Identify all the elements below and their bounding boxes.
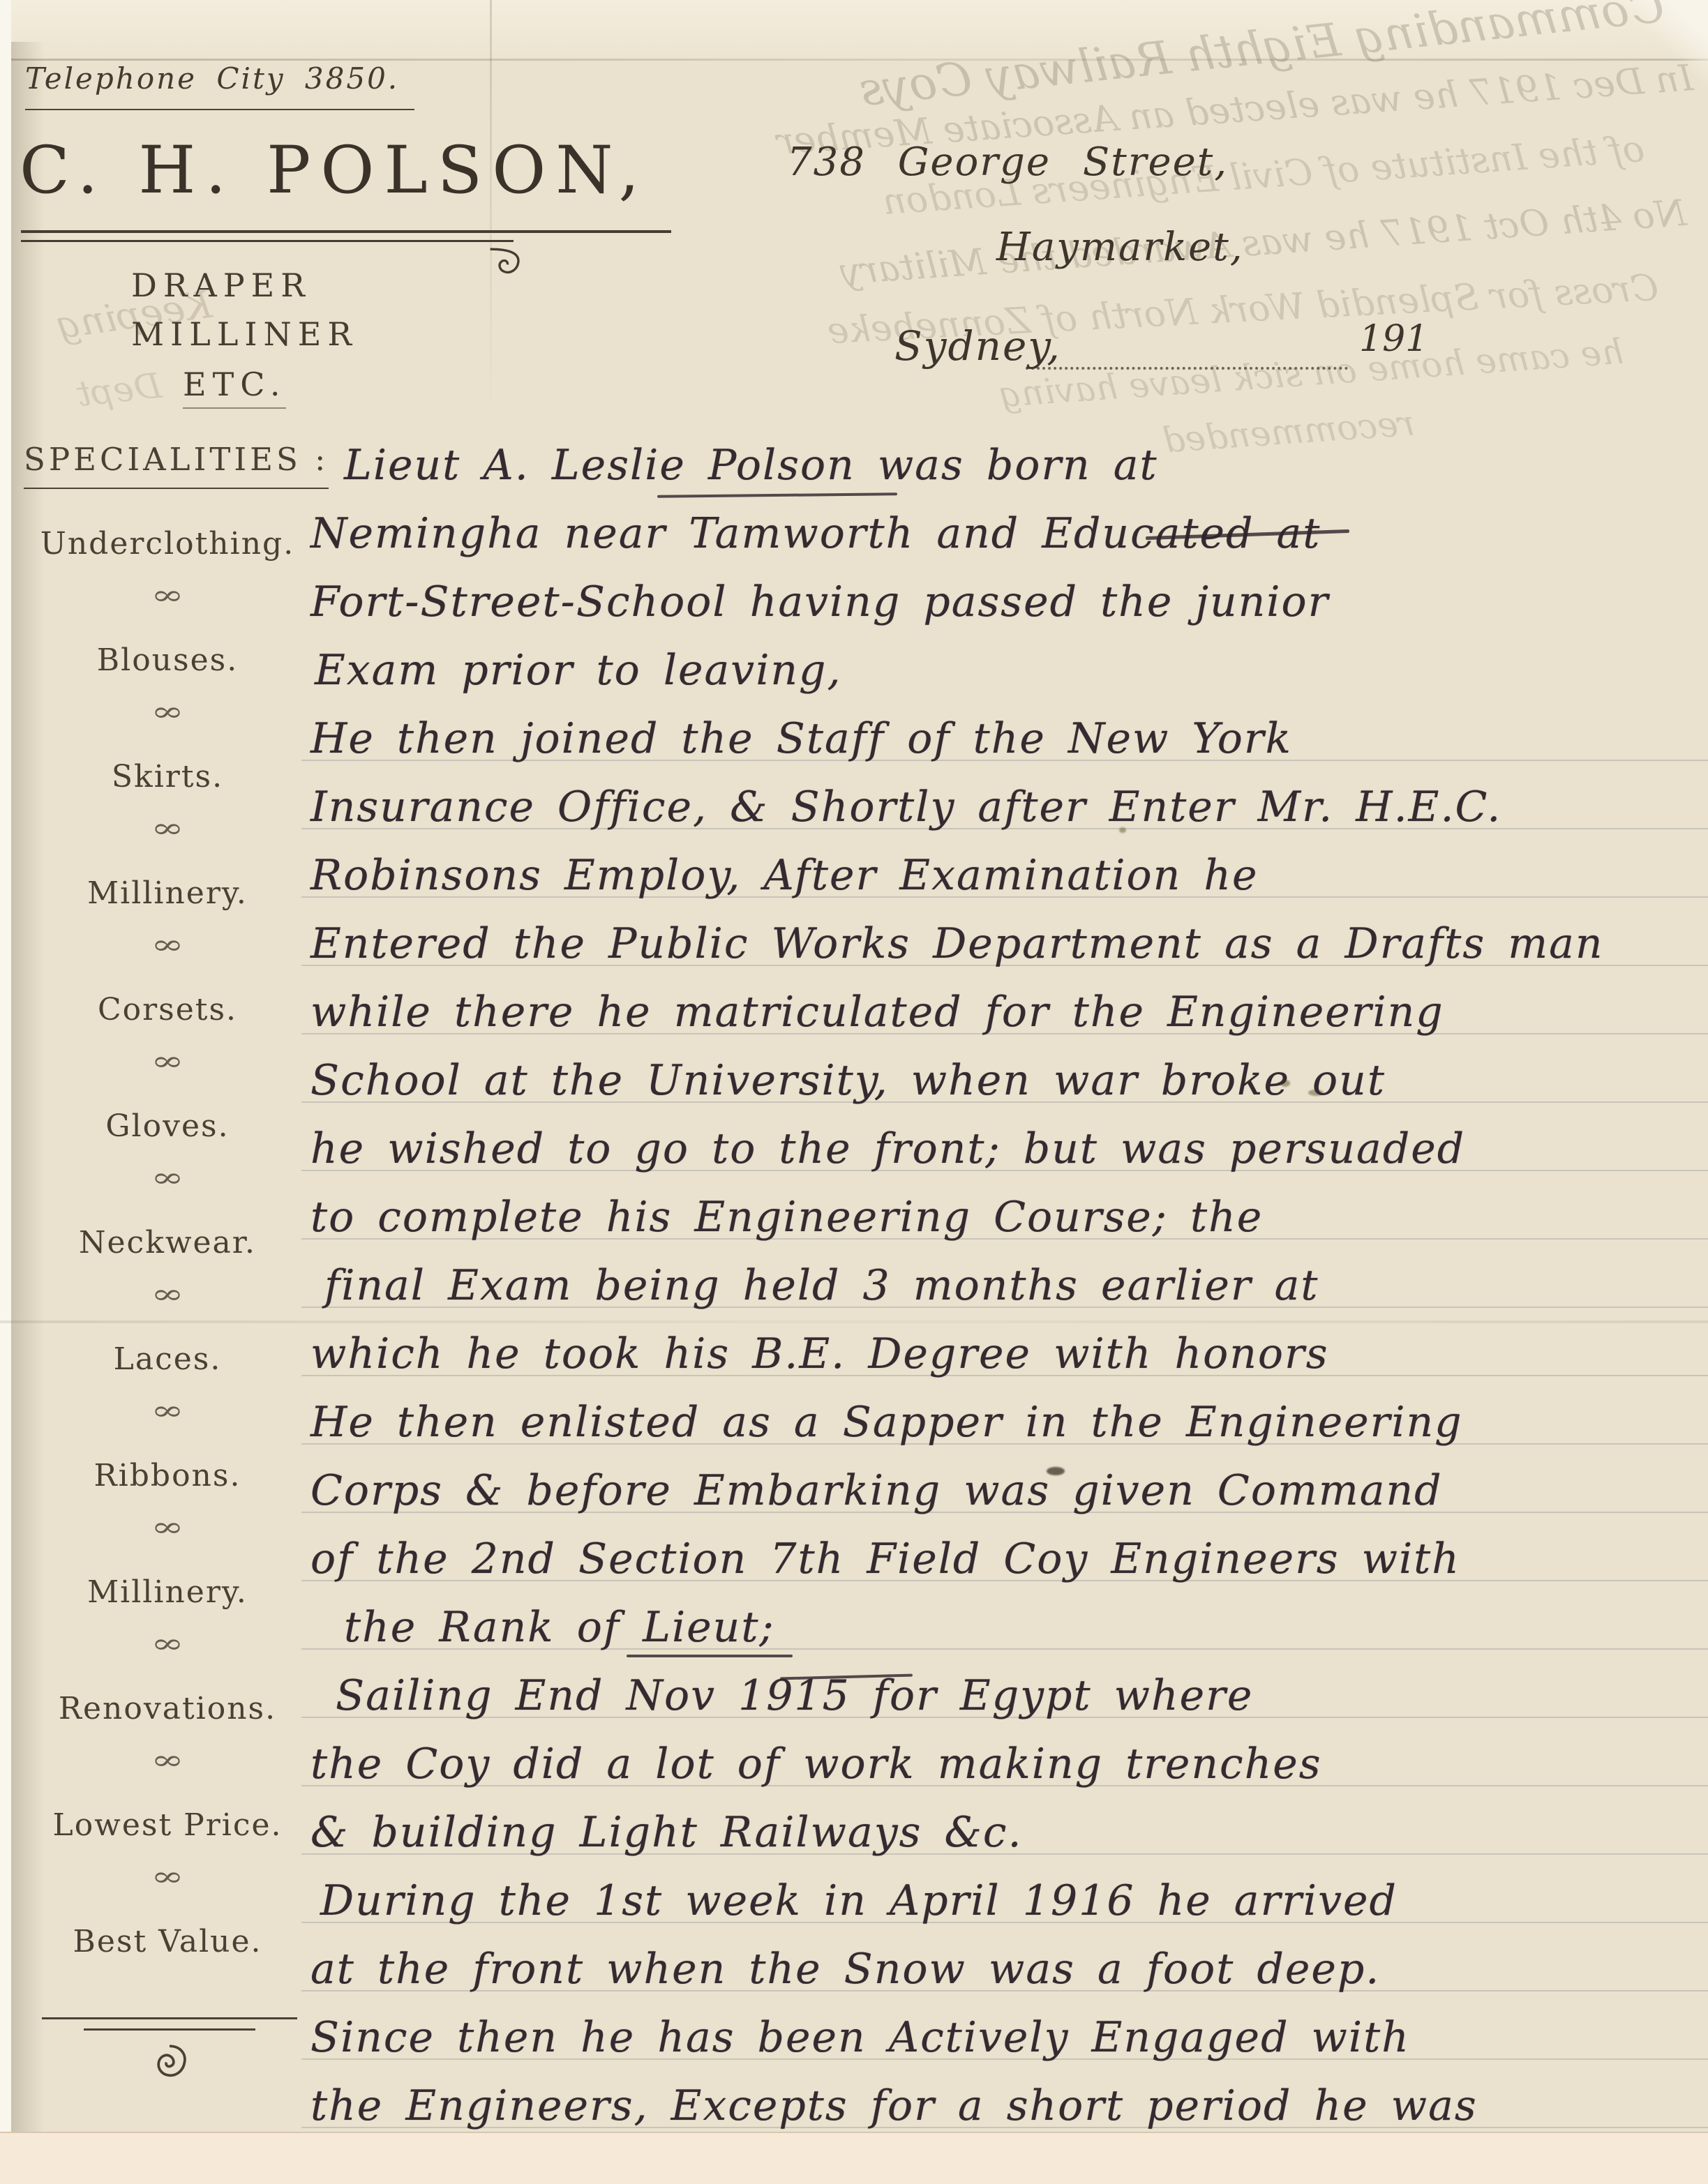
speciality-item: Blouses. ∞ bbox=[28, 634, 307, 751]
handwritten-line: Fort-Street-School having passed the jun… bbox=[310, 568, 1708, 636]
flourish-curl-icon bbox=[488, 246, 525, 282]
speciality-item: Underclothing. ∞ bbox=[28, 518, 307, 634]
telephone-underline bbox=[25, 109, 414, 110]
fold-crease-vertical bbox=[490, 0, 492, 419]
handwritten-line: he wished to go to the front; but was pe… bbox=[310, 1115, 1708, 1183]
letter-page: Commanding Eighth Railway Coys In Dec 19… bbox=[0, 0, 1708, 2184]
speciality-item: Corsets. ∞ bbox=[28, 984, 307, 1100]
speciality-label: Ribbons. bbox=[28, 1449, 307, 1503]
handwritten-line: Insurance Office, & Shortly after Enter … bbox=[310, 773, 1708, 841]
sidebar-bottom-rule-2 bbox=[84, 2028, 255, 2031]
bleedthrough-line: Dept bbox=[75, 366, 163, 414]
handwritten-line: Robinsons Employ, After Examination he bbox=[310, 841, 1708, 910]
speciality-item: Gloves. ∞ bbox=[28, 1100, 307, 1217]
handwritten-line: of the 2nd Section 7th Field Coy Enginee… bbox=[310, 1525, 1708, 1593]
speciality-label: Corsets. bbox=[28, 984, 307, 1037]
underline-lieut bbox=[627, 1655, 793, 1657]
handwritten-line: School at the University, when war broke… bbox=[310, 1046, 1708, 1115]
role-etc: ETC. bbox=[183, 366, 286, 409]
handwritten-line: & building Light Railways &c. bbox=[310, 1798, 1708, 1867]
role-milliner: MILLINER bbox=[131, 315, 358, 353]
specialities-list: Underclothing. ∞ Blouses. ∞ Skirts. ∞ Mi… bbox=[28, 518, 307, 2032]
handwritten-line: Since then he has been Actively Engaged … bbox=[310, 2003, 1708, 2072]
speciality-label: Neckwear. bbox=[28, 1217, 307, 1270]
handwritten-body: Lieut A. Leslie Polson was born at Nemin… bbox=[310, 431, 1708, 2140]
speciality-label: Millinery. bbox=[28, 867, 307, 920]
speciality-item: Lowest Price. ∞ bbox=[28, 1799, 307, 1915]
year-prefix: 191 bbox=[1359, 318, 1428, 360]
role-draper: DRAPER bbox=[131, 266, 311, 304]
handwritten-line: Lieut A. Leslie Polson was born at bbox=[344, 431, 1708, 499]
fold-crease-top bbox=[0, 59, 1708, 61]
speciality-label: Skirts. bbox=[28, 751, 307, 804]
firm-name-underline bbox=[21, 230, 671, 233]
handwritten-line: the Engineers, Excepts for a short perio… bbox=[310, 2072, 1708, 2140]
specialities-heading: SPECIALITIES : bbox=[24, 441, 329, 489]
telephone-number: Telephone City 3850. bbox=[25, 61, 399, 96]
speciality-item: Neckwear. ∞ bbox=[28, 1217, 307, 1333]
sidebar-bottom-rule bbox=[42, 2017, 297, 2019]
handwritten-line: while there he matriculated for the Engi… bbox=[310, 978, 1708, 1046]
firm-name-underline-2 bbox=[21, 240, 514, 242]
speciality-label: Best Value. bbox=[28, 1915, 307, 1968]
speciality-item: Skirts. ∞ bbox=[28, 751, 307, 867]
handwritten-line: final Exam being held 3 months earlier a… bbox=[324, 1251, 1708, 1320]
speciality-label: Millinery. bbox=[28, 1566, 307, 1619]
speciality-label: Gloves. bbox=[28, 1100, 307, 1153]
handwritten-line: to complete his Engineering Course; the bbox=[310, 1183, 1708, 1251]
speciality-label: Laces. bbox=[28, 1333, 307, 1386]
firm-name: C. H. POLSON, bbox=[20, 133, 649, 209]
speciality-label: Blouses. bbox=[28, 634, 307, 687]
handwritten-line: He then enlisted as a Sapper in the Engi… bbox=[310, 1388, 1708, 1456]
speciality-label: Renovations. bbox=[28, 1682, 307, 1735]
handwritten-line: Nemingha near Tamworth and Educated at bbox=[310, 499, 1708, 568]
handwritten-line: Sailing End Nov 1915 for Egypt where bbox=[336, 1662, 1708, 1730]
handwritten-line: He then joined the Staff of the New York bbox=[310, 705, 1708, 773]
speciality-item: Millinery. ∞ bbox=[28, 1566, 307, 1682]
handwritten-line: the Rank of Lieut; bbox=[344, 1593, 1708, 1662]
address-street: 738 George Street, bbox=[787, 140, 1228, 185]
date-dotted-line bbox=[1026, 326, 1348, 370]
speciality-label: Underclothing. bbox=[28, 518, 307, 571]
speciality-item: Ribbons. ∞ bbox=[28, 1449, 307, 1566]
address-suburb: Haymarket, bbox=[996, 225, 1244, 270]
speciality-item: Renovations. ∞ bbox=[28, 1682, 307, 1799]
handwritten-line: Entered the Public Works Department as a… bbox=[310, 910, 1708, 978]
rose-ornament-icon bbox=[148, 2040, 191, 2083]
speciality-item: Laces. ∞ bbox=[28, 1333, 307, 1449]
speciality-item: Best Value. ∞ bbox=[28, 1915, 307, 2032]
handwritten-line: Corps & before Embarking was given Comma… bbox=[310, 1456, 1708, 1525]
handwritten-line: at the front when the Snow was a foot de… bbox=[310, 1935, 1708, 2003]
handwritten-line: the Coy did a lot of work making trenche… bbox=[310, 1730, 1708, 1798]
speciality-item: Millinery. ∞ bbox=[28, 867, 307, 984]
speciality-label: Lowest Price. bbox=[28, 1799, 307, 1852]
handwritten-line: During the 1st week in April 1916 he arr… bbox=[320, 1867, 1708, 1935]
handwritten-line: Exam prior to leaving, bbox=[315, 636, 1708, 705]
handwritten-line: which he took his B.E. Degree with honor… bbox=[310, 1320, 1708, 1388]
